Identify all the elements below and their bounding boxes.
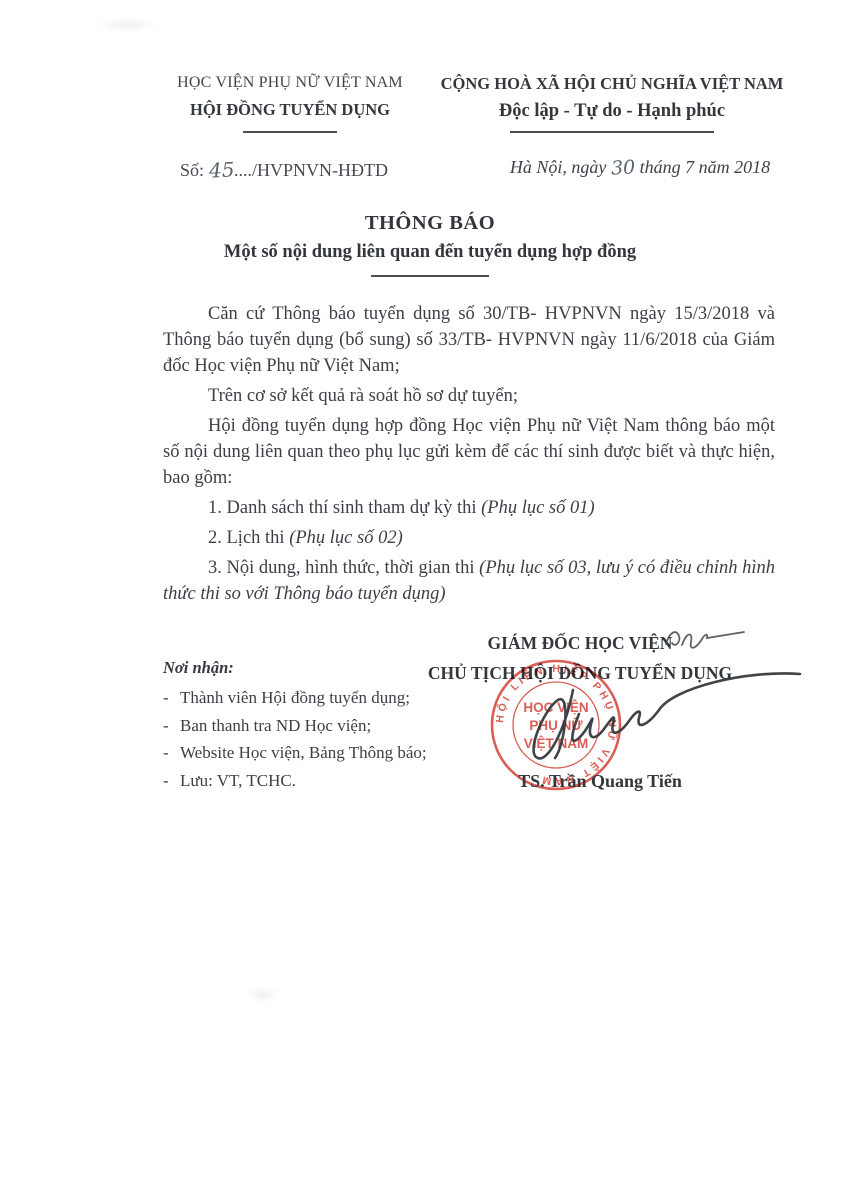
list-item-3: 3. Nội dung, hình thức, thời gian thi (P… — [163, 555, 775, 607]
national-header: CỘNG HOÀ XÃ HỘI CHỦ NGHĨA VIỆT NAM Độc l… — [438, 74, 786, 133]
scan-artifact — [246, 988, 280, 1001]
recipient-text: Ban thanh tra ND Học viện; — [180, 716, 371, 735]
paragraph-text: 2. Lịch thi — [208, 528, 289, 548]
document-title: THÔNG BÁO — [0, 212, 848, 235]
title-underline — [371, 275, 489, 277]
paragraph-text: Trên cơ sở kết quả rà soát hồ sơ dự tuyể… — [208, 386, 518, 406]
recipients-list: -Thành viên Hội đồng tuyển dụng; -Ban th… — [163, 687, 463, 791]
signer-name: TS. Trần Quang Tiến — [440, 771, 760, 792]
recipient-text: Lưu: VT, TCHC. — [180, 771, 296, 790]
recipient-item: -Website Học viện, Bảng Thông báo; — [163, 742, 463, 763]
title-block: THÔNG BÁO Một số nội dung liên quan đến … — [0, 212, 848, 277]
list-item-1: 1. Danh sách thí sinh tham dự kỳ thi (Ph… — [163, 495, 775, 521]
paragraph-text: 3. Nội dung, hình thức, thời gian thi — [208, 558, 479, 578]
paragraph-italic: (Phụ lục số 02) — [289, 528, 403, 548]
recipient-text: Thành viên Hội đồng tuyển dụng; — [180, 688, 410, 707]
date-suffix: tháng 7 năm 2018 — [640, 157, 771, 177]
date-handwritten-day: 30 — [610, 156, 635, 179]
national-motto-line2: Độc lập - Tự do - Hạnh phúc — [438, 101, 786, 122]
dash: - — [163, 742, 180, 763]
doc-number-suffix: ..../HVPNVN-HĐTD — [234, 160, 388, 180]
paragraph: Hội đồng tuyển dụng hợp đồng Học viện Ph… — [163, 413, 775, 491]
date-line: Hà Nội, ngày 30 tháng 7 năm 2018 — [492, 156, 788, 178]
list-item-2: 2. Lịch thi (Phụ lục số 02) — [163, 525, 775, 551]
document-body: Căn cứ Thông báo tuyển dụng số 30/TB- HV… — [163, 301, 775, 611]
issuer-header: HỌC VIỆN PHỤ NỮ VIỆT NAM HỘI ĐỒNG TUYỂN … — [168, 74, 412, 133]
dash: - — [163, 770, 180, 791]
document-subtitle: Một số nội dung liên quan đến tuyển dụng… — [0, 242, 848, 263]
dash: - — [163, 715, 180, 736]
recipients-label: Nơi nhận: — [163, 658, 463, 678]
paragraph: Trên cơ sở kết quả rà soát hồ sơ dự tuyể… — [163, 383, 775, 409]
issuer-unit: HỘI ĐỒNG TUYỂN DỤNG — [168, 100, 412, 120]
recipients-block: Nơi nhận: -Thành viên Hội đồng tuyển dụn… — [163, 658, 463, 797]
document-number: Số: 45..../HVPNVN-HĐTD — [180, 157, 388, 181]
paragraph-text: Hội đồng tuyển dụng hợp đồng Học viện Ph… — [163, 416, 775, 488]
doc-number-label: Số: — [180, 160, 204, 180]
doc-number-handwritten: 45 — [208, 157, 235, 182]
scan-artifact — [96, 18, 158, 32]
recipient-text: Website Học viện, Bảng Thông báo; — [180, 743, 427, 762]
scanned-document-page: HỌC VIỆN PHỤ NỮ VIỆT NAM HỘI ĐỒNG TUYỂN … — [0, 0, 848, 1200]
paragraph: Căn cứ Thông báo tuyển dụng số 30/TB- HV… — [163, 301, 775, 379]
dash: - — [163, 687, 180, 708]
seal-center-line2: PHỤ NỮ — [529, 718, 583, 733]
issuer-underline — [243, 131, 337, 133]
recipient-item: -Lưu: VT, TCHC. — [163, 770, 463, 791]
signer-role-line1: GIÁM ĐỐC HỌC VIỆN — [415, 628, 745, 658]
national-motto-line1: CỘNG HOÀ XÃ HỘI CHỦ NGHĨA VIỆT NAM — [438, 74, 786, 94]
seal-center-line3: VIỆT NAM — [524, 736, 589, 751]
recipient-item: -Thành viên Hội đồng tuyển dụng; — [163, 687, 463, 708]
seal-center-line1: HỌC VIỆN — [523, 700, 588, 715]
recipient-item: -Ban thanh tra ND Học viện; — [163, 715, 463, 736]
paragraph-italic: (Phụ lục số 01) — [481, 498, 595, 518]
date-prefix: Hà Nội, ngày — [510, 157, 607, 177]
paragraph-text: Căn cứ Thông báo tuyển dụng số 30/TB- HV… — [163, 304, 775, 376]
issuer-parent-org: HỌC VIỆN PHỤ NỮ VIỆT NAM — [168, 74, 412, 92]
paragraph-text: 1. Danh sách thí sinh tham dự kỳ thi — [208, 498, 481, 518]
motto-underline — [510, 131, 714, 133]
